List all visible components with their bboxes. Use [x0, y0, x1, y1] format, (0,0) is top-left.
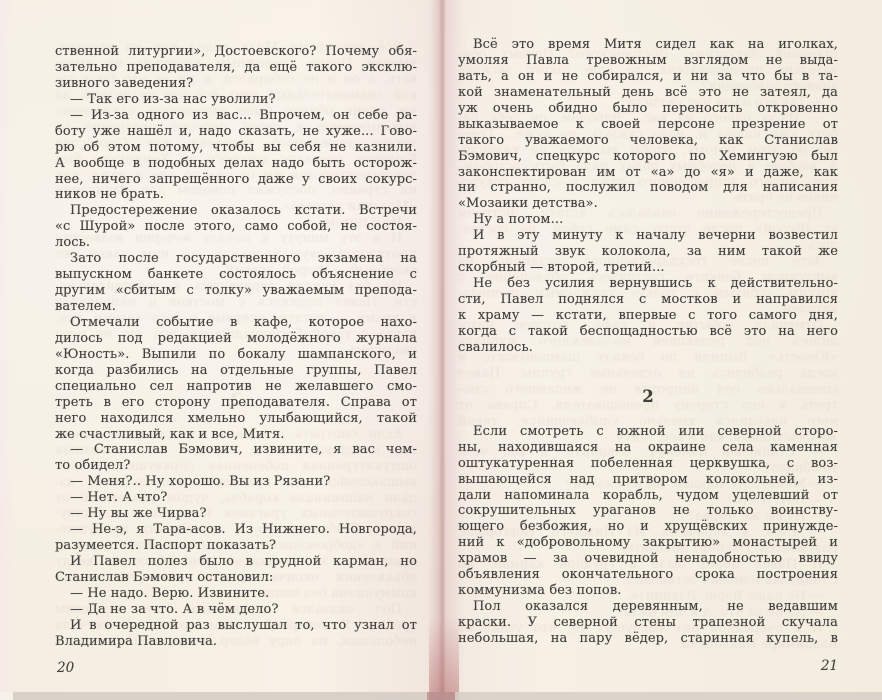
text-line: то обидел? — [55, 458, 417, 474]
text-line: — Из-за одного из вас... Впрочем, он себ… — [55, 108, 417, 124]
text-line: объявления окончательного срока построен… — [458, 567, 838, 583]
text-line: дали напоминала корабль, чудом уцелевший… — [458, 488, 838, 504]
section-heading: 2 — [458, 388, 838, 405]
text-line: Пол оказался деревянным, не ведавшим — [458, 599, 838, 615]
text-line: Всё это время Митя сидел как на иголках, — [458, 37, 838, 53]
text-line: — Так его из-за нас уволили? — [55, 92, 417, 108]
text-line: — Ну вы же Чирва? — [55, 506, 417, 522]
text-line: Не без усилия вернувшись к действительно… — [458, 276, 838, 292]
text-line: ний к «добровольному закрытию» монастыре… — [458, 535, 838, 551]
text-line: — Меня?.. Ну хорошо. Вы из Рязани? — [55, 474, 417, 490]
text-line: когда с такой беспощадностью всё это на … — [458, 324, 838, 340]
text-line: оштукатуренная побеленная церквушка, с в… — [458, 456, 838, 472]
text-line: него находился хмельно улыбающийся, тако… — [55, 411, 417, 427]
text-line: Если смотреть с южной или северной сторо… — [458, 424, 838, 440]
text-line: — Да не за что. А в чём дело? — [55, 602, 417, 618]
text-line: уж очень обидно было переносить откровен… — [458, 101, 838, 117]
text-line: вышающейся над притвором колокольней, из… — [458, 472, 838, 488]
text-line: — Не-э, я Тара-асов. Из Нижнего. Новгоро… — [55, 522, 417, 538]
text-line: сти, Павел поднялся с мостков и направил… — [458, 292, 838, 308]
text-line: ни странно, послужил поводом для написан… — [458, 180, 838, 196]
text-line: свалилось. — [458, 340, 838, 356]
text-line: — Нет. А что? — [55, 490, 417, 506]
text-line: умоляя Павла тревожным взглядом не выда- — [458, 53, 838, 69]
text-line: И в очередной раз выслушал то, что узнал… — [55, 618, 417, 634]
text-line: — Не надо. Верю. Извините. — [55, 586, 417, 602]
text-line: ющего безбожия, но и хрущёвских принужде… — [458, 519, 838, 535]
text-line: краски. У северной стены трапезной скуча… — [458, 615, 838, 631]
text-line: скорбный — второй, третий... — [458, 260, 838, 276]
text-line: коммунизма без попов. — [458, 583, 838, 599]
text-line: ников не брать. — [55, 187, 417, 203]
text-line: другим «сбитым с толку» уважаемым препод… — [55, 283, 417, 299]
text-line: сокрушительных ураганов не только воинст… — [458, 503, 838, 519]
text-line: А вообще в подобных делах надо быть осто… — [55, 156, 417, 172]
text-line: зивного заведения? — [55, 76, 417, 92]
page-number-right: 21 — [458, 658, 838, 674]
text-line: вателем. — [55, 299, 417, 315]
text-line: Бэмович, спецкурс которого по Хемингуэю … — [458, 149, 838, 165]
right-page-text: Всё это время Митя сидел как на иголках,… — [458, 37, 838, 647]
text-line: небольшая, на пару вёдер, старинная купе… — [458, 631, 838, 647]
text-line: когда разбились на отдельные группы, Пав… — [55, 363, 417, 379]
text-line: такого уважаемого человека, как Станисла… — [458, 133, 838, 149]
text-line: треть в его сторону преподавателя. Справ… — [55, 395, 417, 411]
text-line: Станислав Бэмович остановил: — [55, 570, 417, 586]
text-line: протяжный звук колокола, за ним такой же — [458, 244, 838, 260]
text-line: вать, а он и не собирался, и ни за что б… — [458, 69, 838, 85]
text-line: законспектирован им от «а» до «я» и даже… — [458, 165, 838, 181]
text-line: боту уже нашёл и, надо сказать, не хуже.… — [55, 124, 417, 140]
text-line: «Мозаики детства». — [458, 196, 838, 212]
page-number-left: 20 — [57, 660, 74, 676]
book-gutter — [429, 0, 459, 700]
text-line: «Юность». Выпили по бокалу шампанского, … — [55, 347, 417, 363]
text-line: выказываемое к своей персоне презрение о… — [458, 117, 838, 133]
text-line: ственной литургии», Достоевского? Почему… — [55, 44, 417, 60]
text-line: Предостережение оказалось кстати. Встреч… — [55, 203, 417, 219]
text-line: — Станислав Бэмович, извините, я вас чем… — [55, 442, 417, 458]
left-page-text: ственной литургии», Достоевского? Почему… — [55, 44, 417, 650]
text-line: же счастливый, как и все, Митя. — [55, 427, 417, 443]
text-line: И Павел полез было в грудной карман, но — [55, 554, 417, 570]
text-line: дилось под редакцией молодёжного журнала — [55, 331, 417, 347]
text-line: рю об этом потому, чтобы вы себя не казн… — [55, 140, 417, 156]
text-line: И в эту минуту к началу вечерни возвести… — [458, 228, 838, 244]
bottom-scan-edge — [0, 692, 882, 700]
text-line: Зато после государственного экзамена на — [55, 251, 417, 267]
text-line: разумеется. Паспорт показать? — [55, 538, 417, 554]
text-line: кой знаменательный день всё это не затея… — [458, 85, 838, 101]
text-line: храмов — за очевидной ненадобностью ввид… — [458, 551, 838, 567]
text-line: ны, находившаяся на окраине села каменна… — [458, 440, 838, 456]
text-line: «с Шурой» после этого, само собой, не со… — [55, 219, 417, 235]
text-line: специально сел напротив не желавшего смо… — [55, 379, 417, 395]
text-line: лось. — [55, 235, 417, 251]
book-scan: Всё это время Митя сидел как на иголках,… — [0, 0, 882, 700]
text-line: к храму — кстати, впервые с того самого … — [458, 308, 838, 324]
text-line: зательно преподавателя, да ещё такого эк… — [55, 60, 417, 76]
text-line: Ну а потом... — [458, 212, 838, 228]
text-line: Владимира Павловича. — [55, 634, 417, 650]
text-line: Отмечали событие в кафе, которое нахо- — [55, 315, 417, 331]
text-line: выпускном банкете состоялось объяснение … — [55, 267, 417, 283]
text-line: нее, ничего запрещённого даже у своих со… — [55, 172, 417, 188]
